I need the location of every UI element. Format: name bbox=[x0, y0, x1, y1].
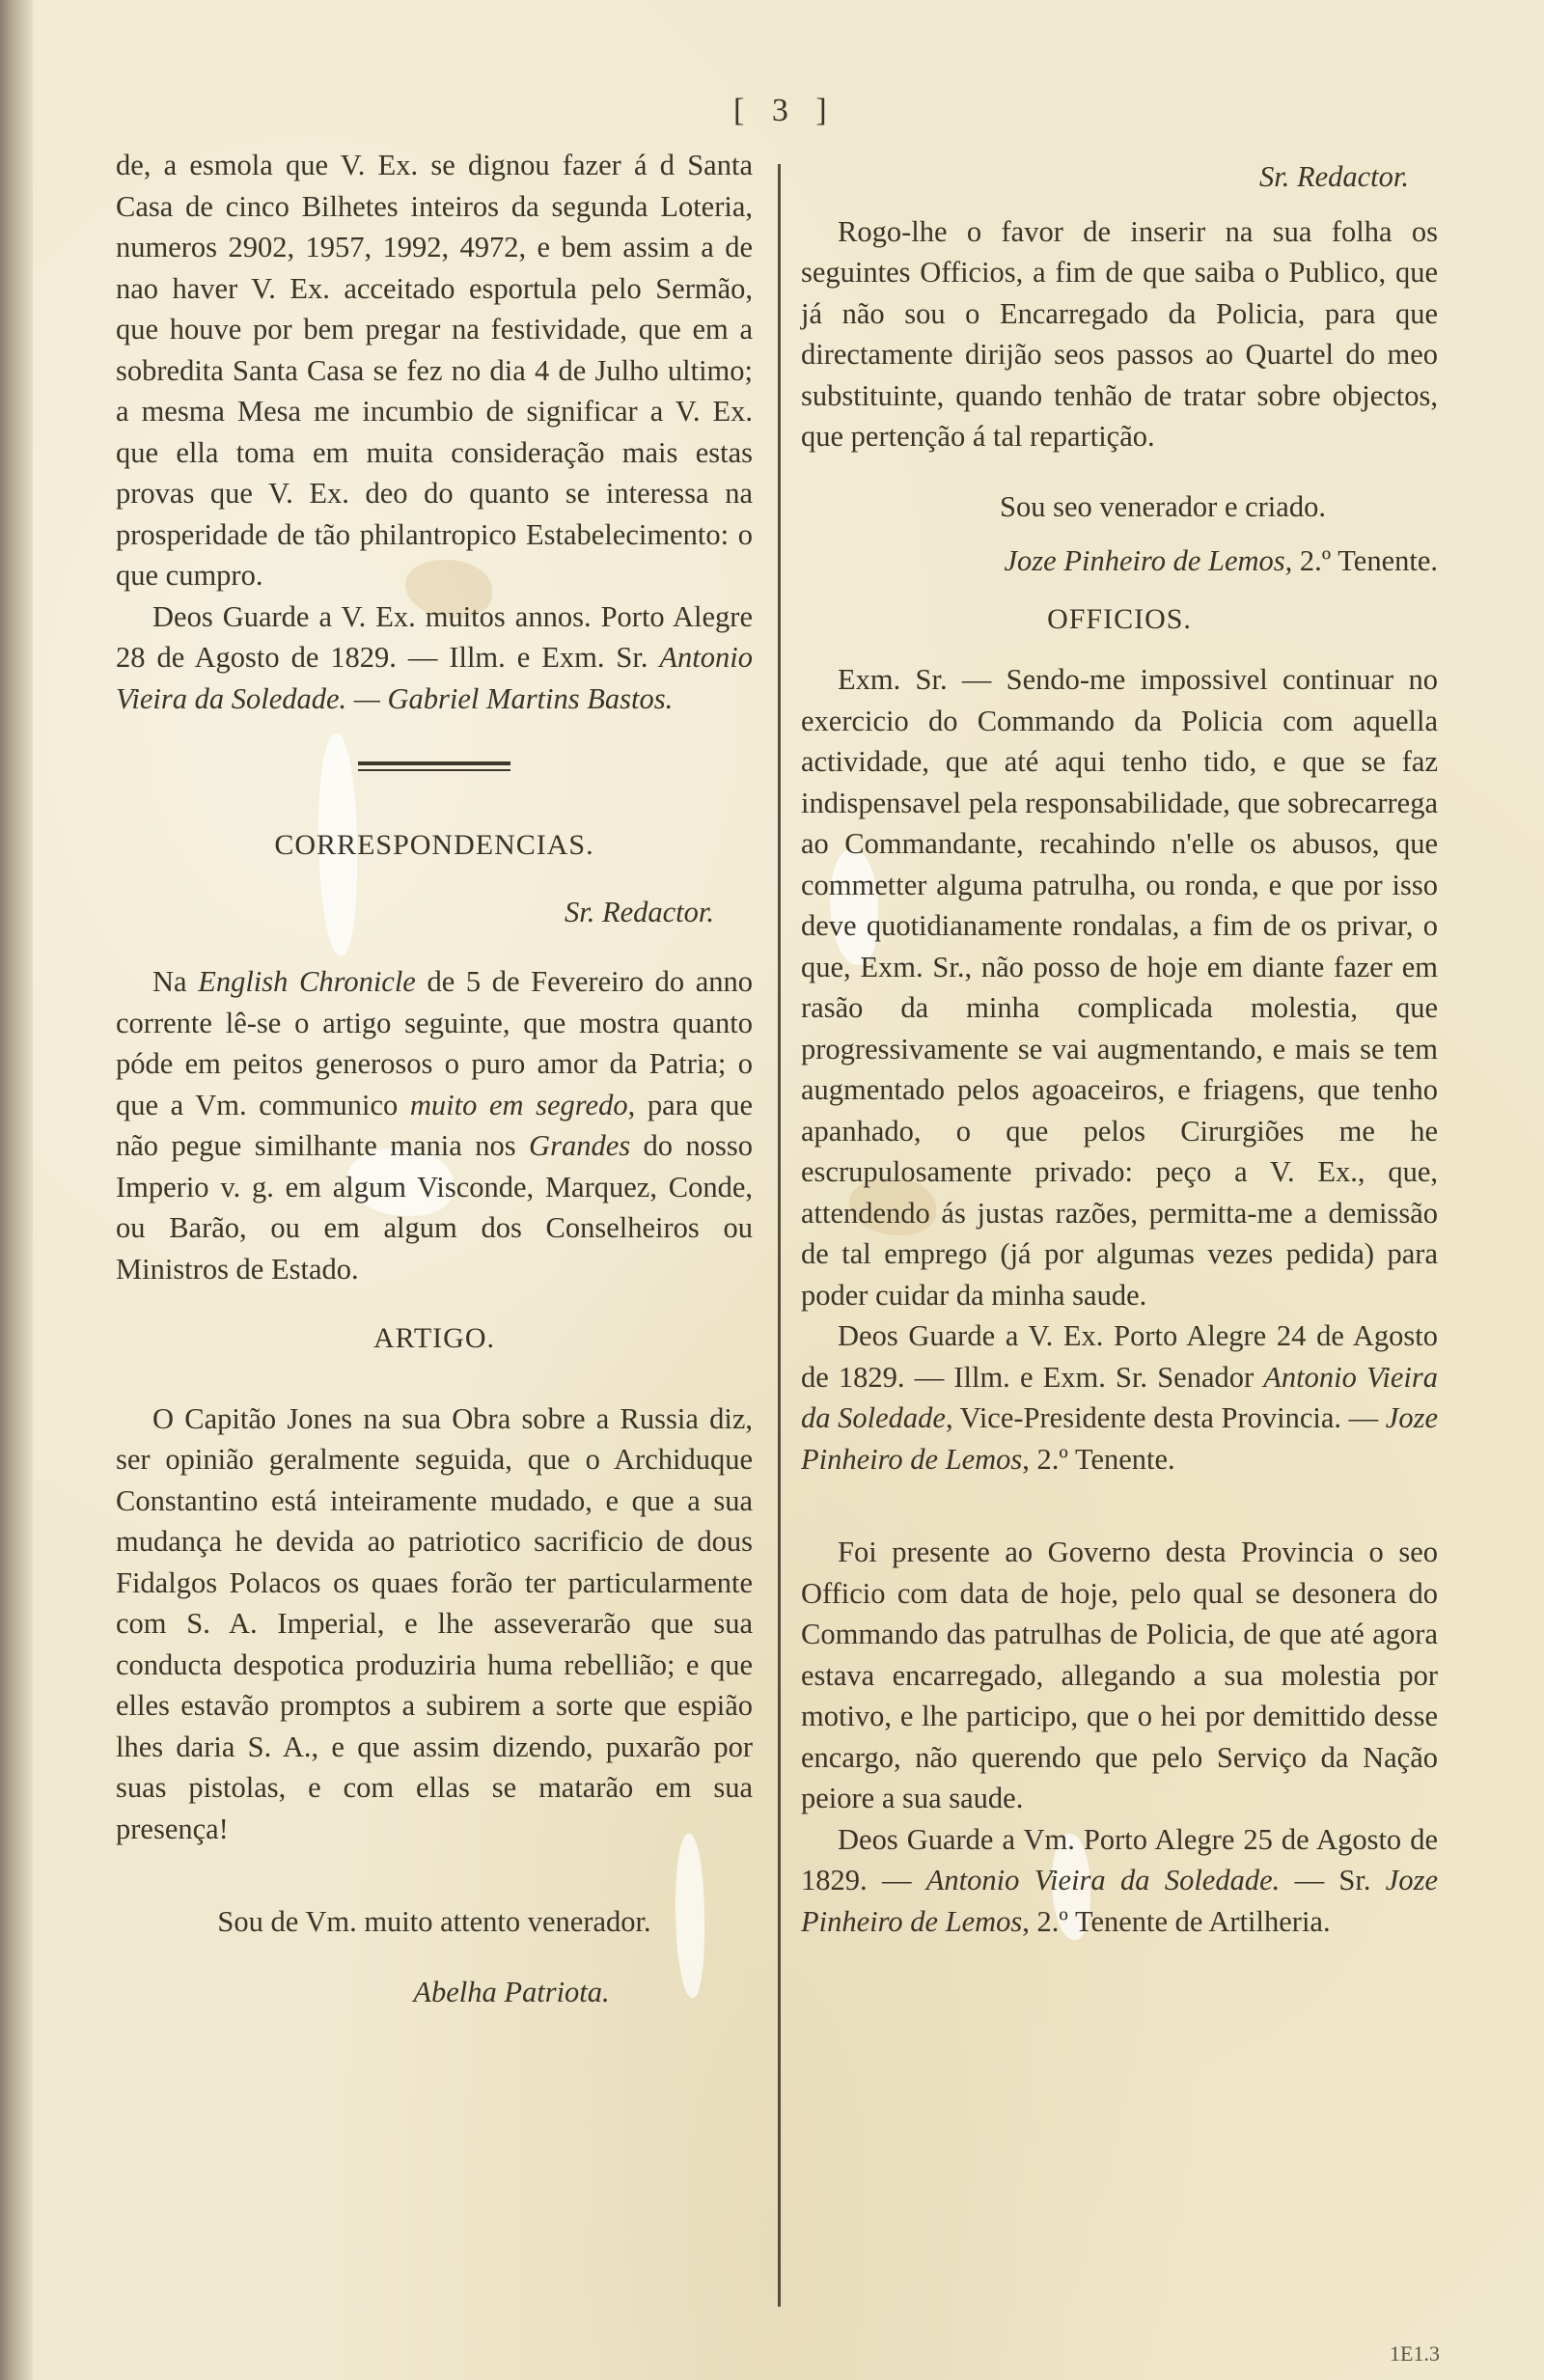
article-heading: ARTIGO. bbox=[116, 1318, 753, 1360]
text-run: — Sr. bbox=[1280, 1864, 1386, 1896]
officio-2-body: Foi presente ao Governo desta Provincia … bbox=[801, 1532, 1438, 1819]
correspondence-body: Na English Chronicle de 5 de Fevereiro d… bbox=[116, 961, 753, 1289]
signature: — Gabriel Martins Bastos. bbox=[354, 682, 673, 715]
letter-body: Rogo-lhe o favor de inserir na sua folha… bbox=[801, 211, 1438, 457]
page-binding-edge bbox=[0, 0, 33, 2380]
section-divider-rule bbox=[358, 761, 510, 771]
left-column: de, a esmola que V. Ex. se dignou fazer … bbox=[116, 145, 753, 2012]
text-run: , Vice-Presidente desta Provincia. — bbox=[946, 1401, 1386, 1434]
letter-continuation-closing: Deos Guarde a V. Ex. muitos annos. Porto… bbox=[116, 596, 753, 720]
emphasis-text: Grandes bbox=[529, 1129, 630, 1162]
salutation: Sr. Redactor. bbox=[116, 892, 714, 933]
officio-1-body: Exm. Sr. — Sendo-me impossivel continuar… bbox=[801, 659, 1438, 1315]
section-heading-officios: OFFICIOS. bbox=[801, 599, 1438, 641]
emphasis-text: muito em segredo bbox=[410, 1089, 628, 1121]
letter-closing: Sou seo venerador e criado. bbox=[801, 486, 1438, 528]
article-closing: Sou de Vm. muito attento venerador. bbox=[116, 1901, 753, 1943]
text-run: , 2.º Tenente. bbox=[1022, 1443, 1174, 1476]
signature-rank: 2.º Tenente. bbox=[1300, 544, 1438, 577]
article-signature: Abelha Patriota. bbox=[116, 1972, 753, 2013]
letter-continuation-body: de, a esmola que V. Ex. se dignou fazer … bbox=[116, 145, 753, 596]
signature-name: Joze Pinheiro de Lemos, bbox=[1005, 544, 1293, 577]
officio-1-closing: Deos Guarde a V. Ex. Porto Alegre 24 de … bbox=[801, 1315, 1438, 1480]
column-divider bbox=[778, 164, 781, 2307]
salutation: Sr. Redactor. bbox=[801, 156, 1409, 198]
text-run: , 2.º Tenente de Artilheria. bbox=[1022, 1905, 1330, 1938]
letter-signature: Joze Pinheiro de Lemos, 2.º Tenente. bbox=[801, 540, 1438, 582]
right-column: Sr. Redactor. Rogo-lhe o favor de inseri… bbox=[801, 156, 1438, 1942]
officio-2-closing: Deos Guarde a Vm. Porto Alegre 25 de Ago… bbox=[801, 1819, 1438, 1943]
article-body: O Capitão Jones na sua Obra sobre a Russ… bbox=[116, 1398, 753, 1850]
publication-name: English Chronicle bbox=[198, 965, 416, 998]
section-heading-correspondencias: CORRESPONDENCIAS. bbox=[116, 825, 753, 867]
newspaper-page: [ 3 ] de, a esmola que V. Ex. se dignou … bbox=[0, 0, 1544, 2380]
page-number: [ 3 ] bbox=[733, 93, 837, 129]
closing-text: Deos Guarde a V. Ex. muitos annos. Porto… bbox=[116, 600, 753, 675]
corner-mark: 1E1.3 bbox=[1390, 2341, 1440, 2366]
text-run: Na bbox=[152, 965, 198, 998]
person-name: Antonio Vieira da Soledade. bbox=[926, 1864, 1280, 1896]
